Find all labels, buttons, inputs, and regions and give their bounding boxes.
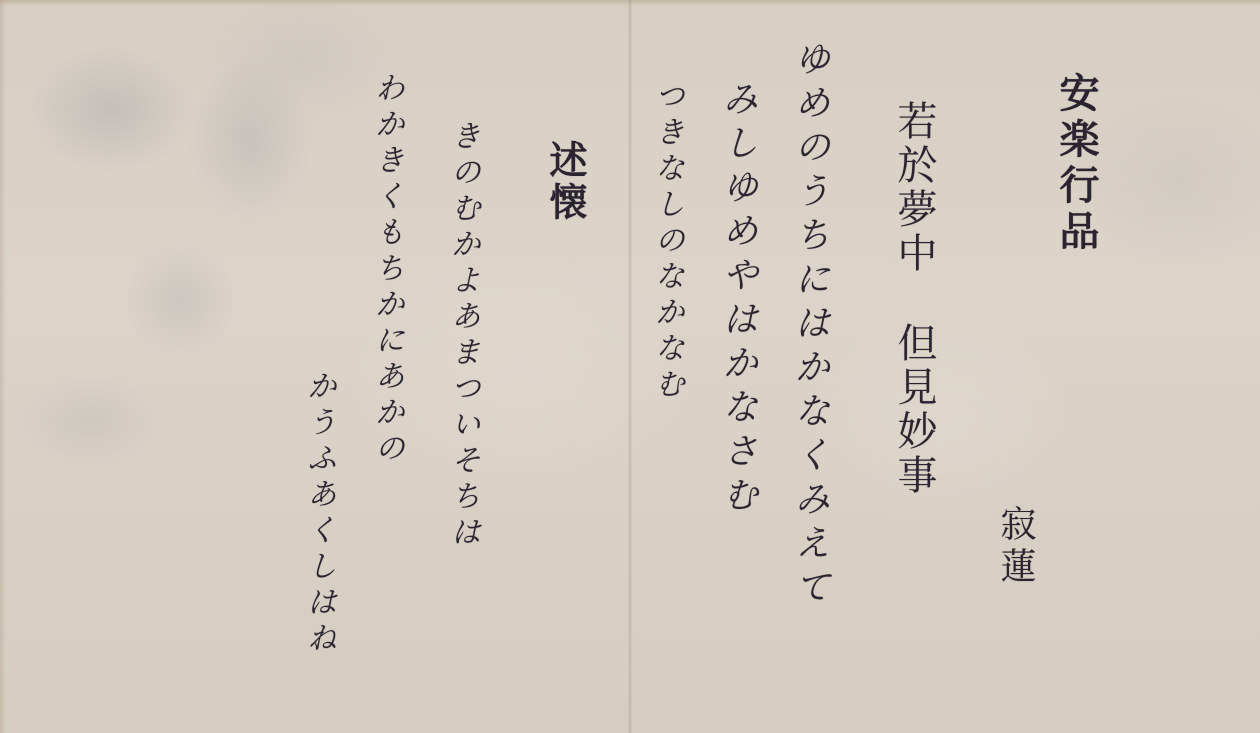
poem1-line1: ゆめのうちにはかなくみえて [784, 40, 835, 612]
paper-fold-line [628, 0, 632, 733]
paper-edge-left [0, 0, 6, 733]
sutra-phrase-part2: 但見妙事 [891, 322, 937, 498]
poem2-heading: 述懐 [538, 140, 593, 224]
manuscript-sheet: 安楽行品 若於夢中但見妙事 寂蓮 ゆめのうちにはかなくみえて みしゆめやはかなさ… [0, 0, 1260, 733]
sutra-chapter-title: 安楽行品 [1048, 72, 1105, 256]
poem1-line3: つきなしのなかなむ [644, 80, 688, 404]
poet-signature: 寂蓮 [990, 505, 1041, 589]
sutra-phrase-part1: 若於夢中 [891, 100, 937, 276]
poem2-line2: わかきくもちかにあかの [364, 72, 408, 468]
poem2-line3: かうふあくしはね [296, 370, 340, 658]
poem1-line2: みしゆめやはかなさむ [712, 80, 763, 520]
poem2-line1: きのむかよあまついそちは [440, 120, 484, 552]
sutra-phrase: 若於夢中但見妙事 [886, 100, 943, 498]
